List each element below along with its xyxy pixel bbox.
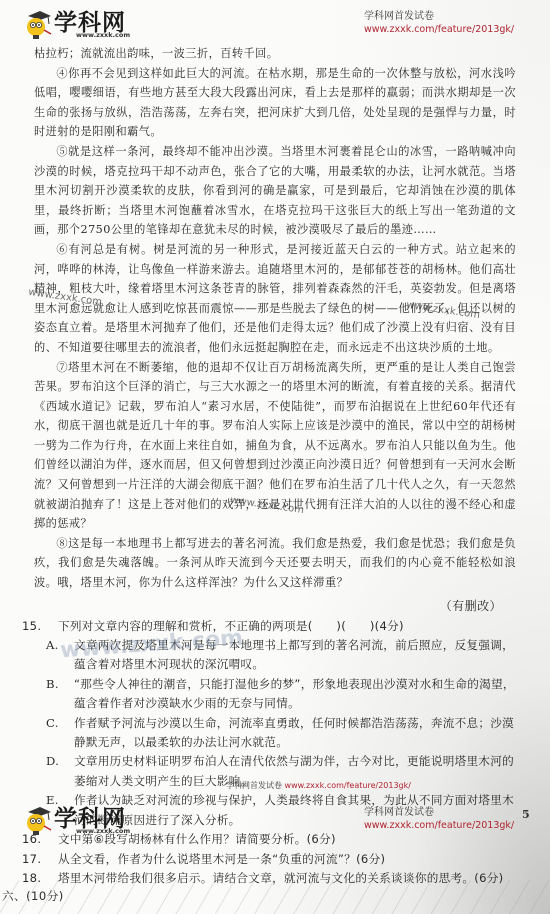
logo-url: www.zxxk.com <box>76 827 130 835</box>
option-letter: D. <box>46 752 59 771</box>
footer-title: 学科网首发试卷 <box>364 806 514 819</box>
option-letter: B. <box>46 675 59 694</box>
zxxk-logo: 学科网 www.zxxk.com <box>24 802 144 838</box>
source-note: （有删改） <box>34 595 516 617</box>
mid-stamp: 学科网首发试卷 www.zxxk.com/feature/2013gk/ <box>226 780 411 791</box>
mascot-icon <box>24 806 52 836</box>
page-number: 5 <box>522 808 530 821</box>
option-text: “那些令人神往的潮音，只能打湿他乡的梦”，形象地表现出沙漠对水和生命的渴望，蕴含… <box>74 677 515 710</box>
option-a: A. 文章两次提及塔里木河是每一本地理书上都写到的著名河流，前后照应，反复强调，… <box>34 636 516 675</box>
passage-paragraph-4: ④你再不会见到这样如此巨大的河流。在枯水期，那是生命的一次休整与放松，河水浅吟低… <box>34 64 516 142</box>
option-text: 文章两次提及塔里木河是每一本地理书上都写到的著名河流，前后照应，反复强调，蕴含着… <box>74 638 514 671</box>
zxxk-logo: 学科网 www.zxxk.com <box>24 6 144 42</box>
footer-url[interactable]: www.zxxk.com/feature/2013gk/ <box>364 819 514 832</box>
passage-paragraph-8: ⑧这是每一本地理书上都写进去的著名河流。我们愈是热爱，我们愈是忧恐；我们愈是负疚… <box>34 534 516 593</box>
mid-stamp-label: 学科网首发试卷 <box>226 781 282 790</box>
mascot-icon <box>24 10 52 40</box>
question-17: 17. 从全文看，作者为什么说塔里木河是一条“负重的河流”？(6分) <box>34 850 516 869</box>
question-text: 下列对文章内容的理解和赏析，不正确的两项是( )( )(4分) <box>58 619 404 633</box>
page-footer: 学科网 www.zxxk.com 学科网首发试卷 www.zxxk.com/fe… <box>0 800 550 840</box>
page-header: 学科网 www.zxxk.com 学科网首发试卷 www.zxxk.com/fe… <box>0 4 550 44</box>
option-text: 作者赋予河流与沙漠以生命，河流率直勇敢，任何时候都浩浩荡荡，奔流不息；沙漠静默无… <box>74 716 514 749</box>
option-b: B. “那些令人神往的潮音，只能打湿他乡的梦”，形象地表现出沙漠对水和生命的渴望… <box>34 675 516 714</box>
passage-continuation: 枯拉朽；流就流出韵味，一波三折，百转千回。 <box>34 44 516 64</box>
exam-content: 枯拉朽；流就流出韵味，一波三折，百转千回。 ④你再不会见到这样如此巨大的河流。在… <box>34 44 516 904</box>
scan-artifact <box>0 880 550 914</box>
header-url[interactable]: www.zxxk.com/feature/2013gk/ <box>364 23 514 36</box>
question-15: 15. 下列对文章内容的理解和赏析，不正确的两项是( )( )(4分) <box>34 617 516 636</box>
mid-stamp-url[interactable]: www.zxxk.com/feature/2013gk/ <box>285 781 411 790</box>
question-number: 15. <box>22 617 41 636</box>
header-info: 学科网首发试卷 www.zxxk.com/feature/2013gk/ <box>364 10 514 36</box>
footer-info: 学科网首发试卷 www.zxxk.com/feature/2013gk/ <box>364 806 514 832</box>
option-letter: A. <box>46 636 59 655</box>
option-c: C. 作者赋予河流与沙漠以生命，河流率直勇敢，任何时候都浩浩荡荡，奔流不息；沙漠… <box>34 714 516 753</box>
passage-paragraph-6: ⑥有河总是有树。树是河流的另一种形式，是河接近蓝天白云的一种方式。站立起来的河，… <box>34 240 516 358</box>
passage-paragraph-7: ⑦塔里木河在不断萎缩，他的退却不仅让百万胡杨流离失所，更严重的是让人类自己饱尝苦… <box>34 358 516 534</box>
passage-paragraph-5: ⑤就是这样一条河，最终却不能冲出沙漠。当塔里木河裹着昆仑山的冰雪，一路呐喊冲向沙… <box>34 142 516 240</box>
question-number: 17. <box>22 850 41 869</box>
header-title: 学科网首发试卷 <box>364 10 514 23</box>
question-text: 从全文看，作者为什么说塔里木河是一条“负重的河流”？(6分) <box>58 852 385 866</box>
logo-url: www.zxxk.com <box>76 31 130 39</box>
option-letter: C. <box>46 714 59 733</box>
